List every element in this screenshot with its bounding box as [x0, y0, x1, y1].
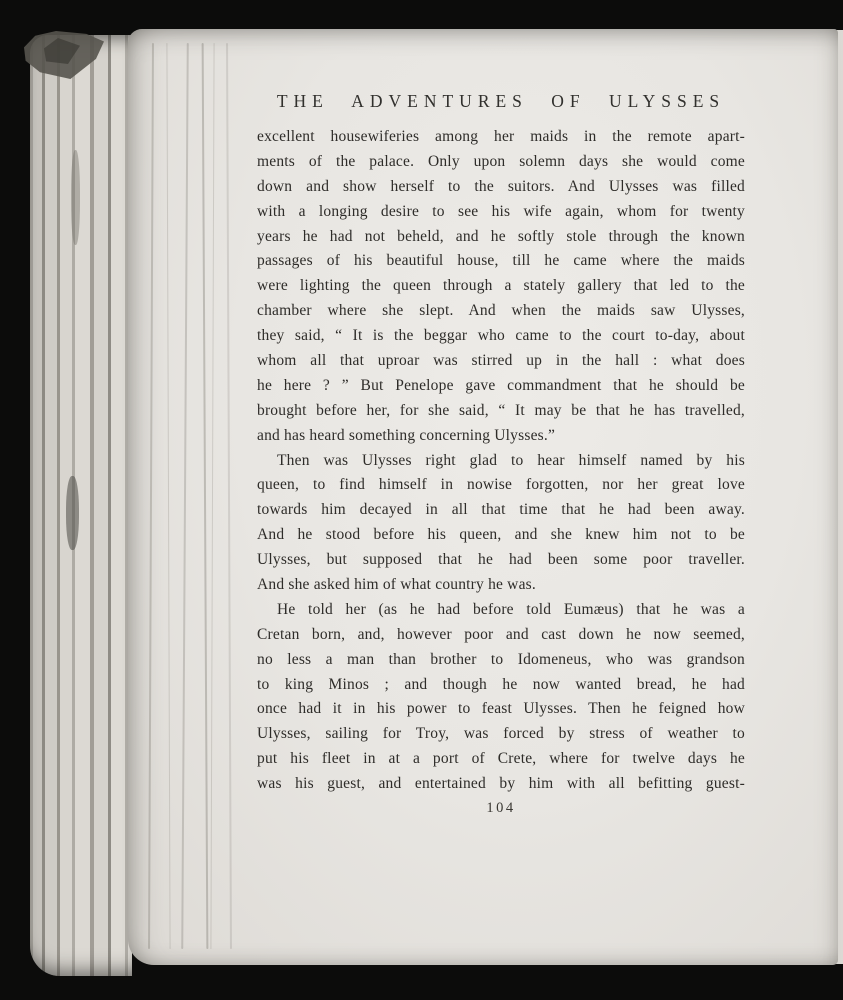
text-line: ments of the palace. Only upon solemn da… — [257, 150, 745, 175]
text-line: put his fleet in at a port of Crete, whe… — [257, 747, 745, 772]
page-curl-line — [226, 43, 232, 949]
text-line: he here ? ” But Penelope gave commandmen… — [257, 374, 745, 399]
text-line: And he stood before his queen, and she k… — [257, 523, 745, 548]
text-line: were lighting the queen through a statel… — [257, 274, 745, 299]
text-line: they said, “ It is the beggar who came t… — [257, 324, 745, 349]
text-line: Then was Ulysses right glad to hear hims… — [257, 449, 745, 474]
text-line: He told her (as he had before told Eumæu… — [257, 598, 745, 623]
text-line: and has heard something concerning Ulyss… — [257, 424, 745, 449]
text-line: brought before her, for she said, “ It m… — [257, 399, 745, 424]
book-scan: THE ADVENTURES OF ULYSSES excellent hous… — [0, 0, 843, 1000]
text-line: with a longing desire to see his wife ag… — [257, 200, 745, 225]
text-line: And she asked him of what country he was… — [257, 573, 745, 598]
page-curl-line — [148, 43, 154, 949]
text-line: Ulysses, sailing for Troy, was forced by… — [257, 722, 745, 747]
book-page: THE ADVENTURES OF ULYSSES excellent hous… — [128, 29, 838, 965]
running-head: THE ADVENTURES OF ULYSSES — [257, 91, 745, 112]
text-line: once had it in his power to feast Ulysse… — [257, 697, 745, 722]
page-curl-line — [166, 43, 170, 949]
text-line: to king Minos ; and though he now wanted… — [257, 673, 745, 698]
text-line: excellent housewiferies among her maids … — [257, 125, 745, 150]
text-line: down and show herself to the suitors. An… — [257, 175, 745, 200]
text-line: whom all that uproar was stirred up in t… — [257, 349, 745, 374]
text-line: queen, to find himself in nowise forgott… — [257, 473, 745, 498]
page-text: excellent housewiferies among her maids … — [257, 125, 745, 797]
text-line: was his guest, and entertained by him wi… — [257, 772, 745, 797]
page-edges-stack — [30, 35, 132, 976]
page-edge-mark — [71, 150, 80, 245]
text-line: no less a man than brother to Idomeneus,… — [257, 648, 745, 673]
page-curl-line — [210, 43, 214, 949]
text-line: Cretan born, and, however poor and cast … — [257, 623, 745, 648]
page-curl-line — [181, 43, 189, 949]
text-line: Ulysses, but supposed that he had been s… — [257, 548, 745, 573]
page-edge-mark — [66, 476, 79, 550]
page-curl-line — [202, 43, 209, 949]
text-line: chamber where she slept. And when the ma… — [257, 299, 745, 324]
text-line: years he had not beheld, and he softly s… — [257, 225, 745, 250]
text-line: towards him decayed in all that time tha… — [257, 498, 745, 523]
text-line: passages of his beautiful house, till he… — [257, 249, 745, 274]
page-number: 104 — [257, 800, 745, 817]
